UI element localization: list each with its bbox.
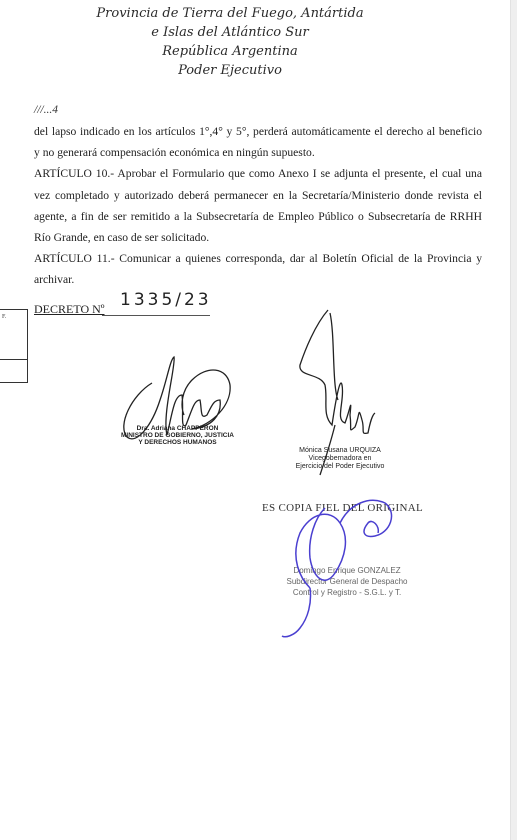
decree-label: DECRETO Nº: [34, 302, 105, 317]
body-line: agente, a fin de ser remitido a la Subse…: [34, 206, 482, 227]
letterhead-province: Provincia de Tierra del Fuego, Antártida: [60, 4, 400, 23]
margin-box-mark: F.: [2, 314, 6, 320]
page-continuation-marker: ///...4: [34, 104, 58, 116]
decree-body: del lapso indicado en los artículos 1°,4…: [34, 121, 482, 291]
letterhead-branch: Poder Ejecutivo: [60, 61, 400, 80]
minister-stamp: Dra. Adriana CHAPPERON MINISTRO DE GOBIE…: [110, 425, 245, 446]
vicegovernor-title: Vicegobernadora en: [285, 455, 395, 463]
certifier-signature-icon: [280, 478, 410, 643]
minister-title: MINISTRO DE GOBIERNO, JUSTICIA: [110, 432, 245, 439]
scrollbar-track[interactable]: [510, 0, 517, 840]
decree-number: 1335/23: [120, 290, 212, 310]
decree-number-underline: [102, 315, 210, 316]
minister-name: Dra. Adriana CHAPPERON: [110, 425, 245, 432]
letterhead-islands: e Islas del Atlántico Sur: [60, 23, 400, 42]
body-line: del lapso indicado en los artículos 1°,4…: [34, 121, 482, 142]
body-line: vez completado y autorizado deberá perma…: [34, 185, 482, 206]
article-11-line: ARTÍCULO 11.- Comunicar a quienes corres…: [34, 248, 482, 269]
vicegovernor-name: Mónica Susana URQUIZA: [285, 447, 395, 455]
margin-box-divider: [0, 359, 27, 360]
vicegovernor-title-2: Ejercicio del Poder Ejecutivo: [285, 463, 395, 471]
vicegovernor-stamp: Mónica Susana URQUIZA Vicegobernadora en…: [285, 447, 395, 471]
article-10-line: ARTÍCULO 10.- Aprobar el Formulario que …: [34, 163, 482, 184]
body-line: archivar.: [34, 269, 482, 290]
letterhead-country: República Argentina: [60, 42, 400, 61]
minister-title-2: Y DERECHOS HUMANOS: [110, 439, 245, 446]
margin-box: F.: [0, 309, 28, 383]
body-line: Río Grande, en caso de ser solicitado.: [34, 227, 482, 248]
body-line: y no generará compensación económica en …: [34, 142, 482, 163]
letterhead: Provincia de Tierra del Fuego, Antártida…: [60, 4, 400, 80]
document-page: Provincia de Tierra del Fuego, Antártida…: [0, 0, 511, 840]
